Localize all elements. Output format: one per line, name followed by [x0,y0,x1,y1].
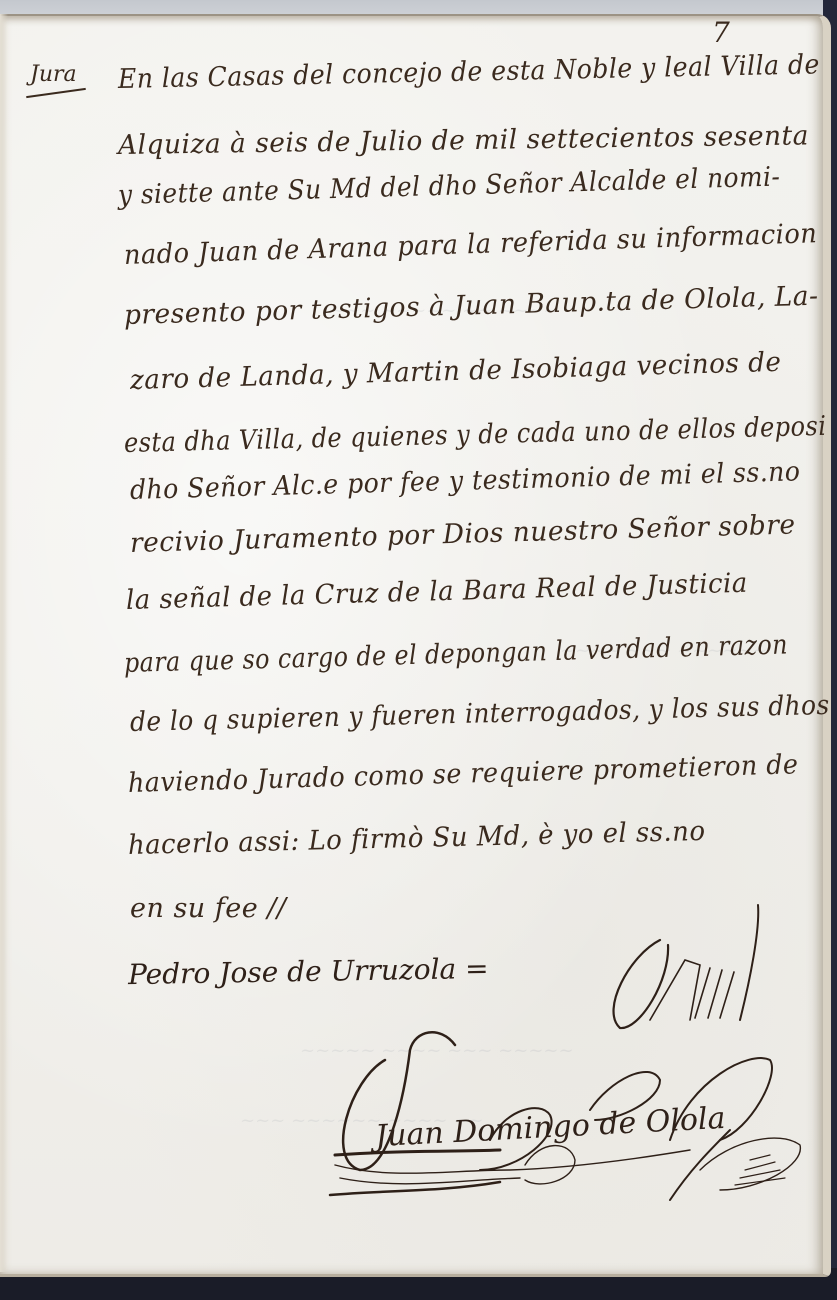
page-binding-edge [0,14,8,1272]
folio-number: 7 [712,16,730,49]
signature-antonio: Antonio [640,1010,644,1011]
signature-pedro-jose-urruzola: Pedro Jose de Urruzola = [128,952,489,991]
text-line-15: en su fee // [130,893,287,924]
signature-antonio-flourish [590,900,790,1040]
margin-note: Jura [30,62,77,87]
